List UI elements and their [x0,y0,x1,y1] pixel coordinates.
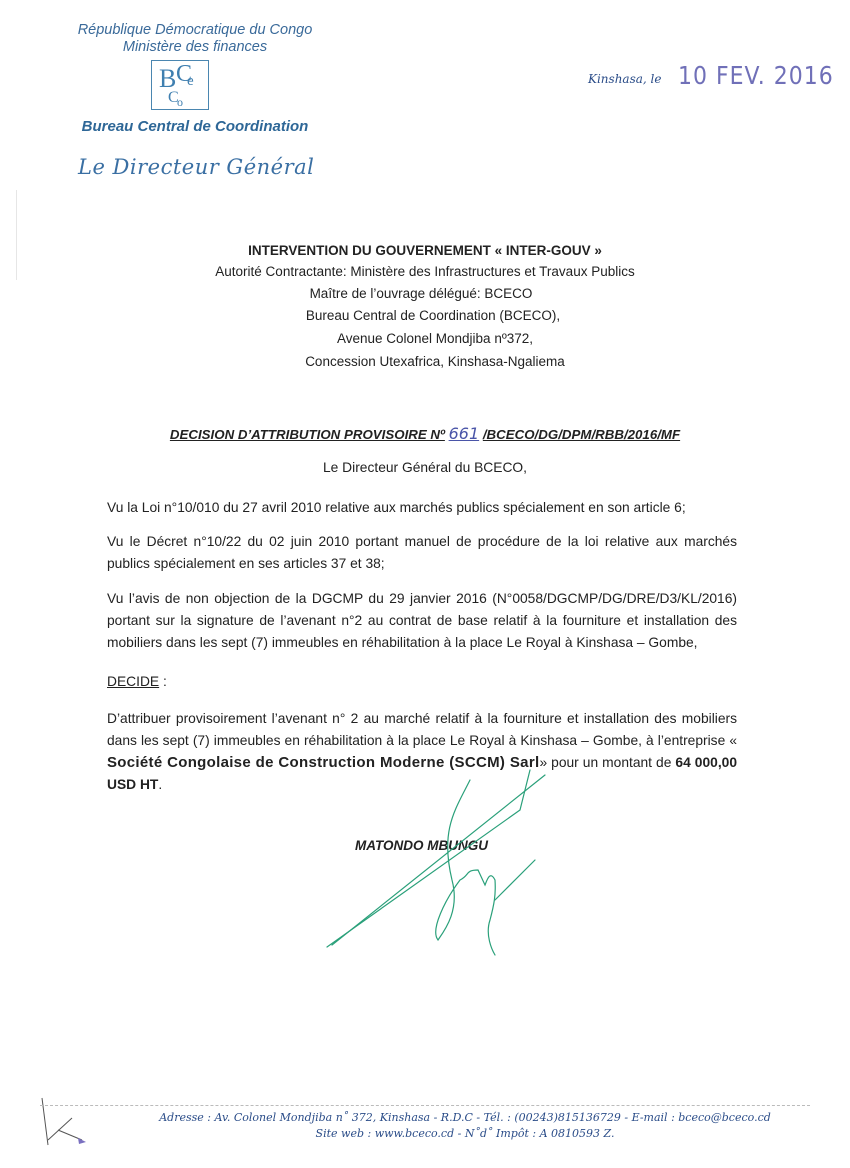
consideration-dgcmp: Vu l’avis de non objection de la DGCMP d… [107,588,737,654]
bureau-name: Bureau Central de Coordination [40,118,350,135]
decision-suffix: /BCECO/DG/DPM/RBB/2016/MF [483,427,680,442]
decide-heading: DECIDE : [107,674,167,689]
footer-web: Site web : www.bceco.cd - N˚d˚ Impôt : A… [100,1126,830,1142]
footer: Adresse : Av. Colonel Mondjiba n˚ 372, K… [100,1110,830,1142]
company-name: Société Congolaise de Construction Moder… [107,754,539,771]
header-line: Concession Utexafrica, Kinshasa-Ngaliema [10,351,850,373]
consideration-decree: Vu le Décret n°10/22 du 02 juin 2010 por… [107,531,737,575]
header-line: Maître de l’ouvrage délégué: BCECO [0,283,846,305]
header-line: Bureau Central de Coordination (BCECO), [8,305,850,327]
signer-name: MATONDO MBUNGU [355,838,488,853]
date-stamp: 10 FEV. 2016 [678,62,834,91]
footer-divider [40,1105,810,1106]
ministry-name: Ministère des finances [40,39,350,56]
header-title: INTERVENTION DU GOUVERNEMENT « INTER-GOU… [0,240,850,262]
decision-reference: DECISION D’ATTRIBUTION PROVISOIRE Nº 661… [0,424,850,443]
consideration-law: Vu la Loi n°10/010 du 27 avril 2010 rela… [107,497,737,519]
logo-monogram: BCeCo [152,61,208,109]
letterhead-heading: République Démocratique du Congo Ministè… [40,22,350,56]
issuer-line: Le Directeur Général du BCECO, [0,460,850,475]
country-name: République Démocratique du Congo [40,22,350,39]
bceco-logo: BCeCo [151,60,209,110]
decision-text: D’attribuer provisoirement l’avenant n° … [107,708,737,796]
director-title: Le Directeur Général [78,155,314,179]
decision-prefix: DECISION D’ATTRIBUTION PROVISOIRE Nº [170,427,445,442]
date-place: Kinshasa, le [588,72,661,86]
header-line: Avenue Colonel Mondjiba nº372, [10,328,850,350]
header-line: Autorité Contractante: Ministère des Inf… [0,261,850,283]
footer-address: Adresse : Av. Colonel Mondjiba n˚ 372, K… [100,1110,830,1126]
decision-number: 661 [449,424,480,443]
